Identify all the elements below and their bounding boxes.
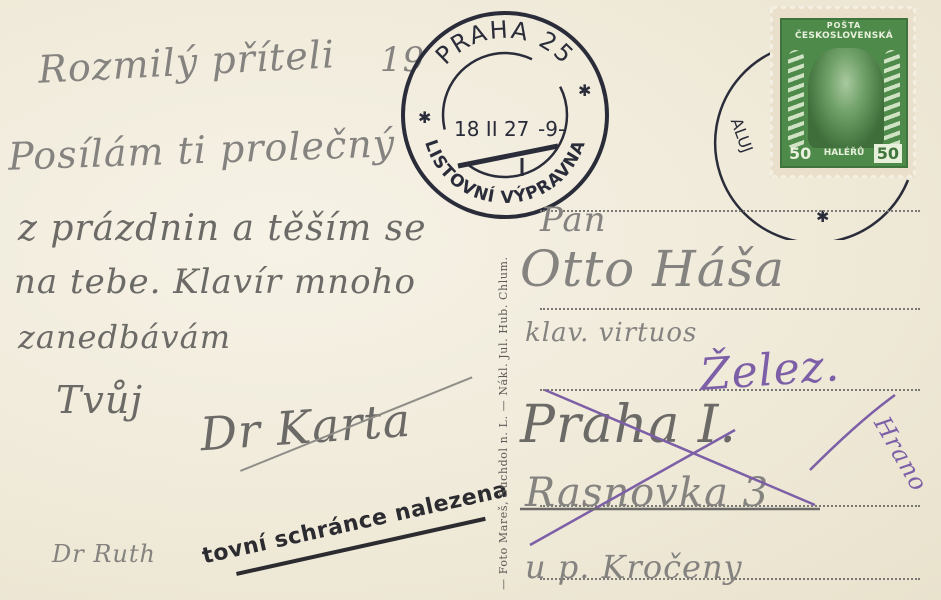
postcard: Rozmilý příteli 19 Posílám ti prolečný z…: [0, 0, 941, 600]
crossout-strokes: [0, 0, 941, 600]
